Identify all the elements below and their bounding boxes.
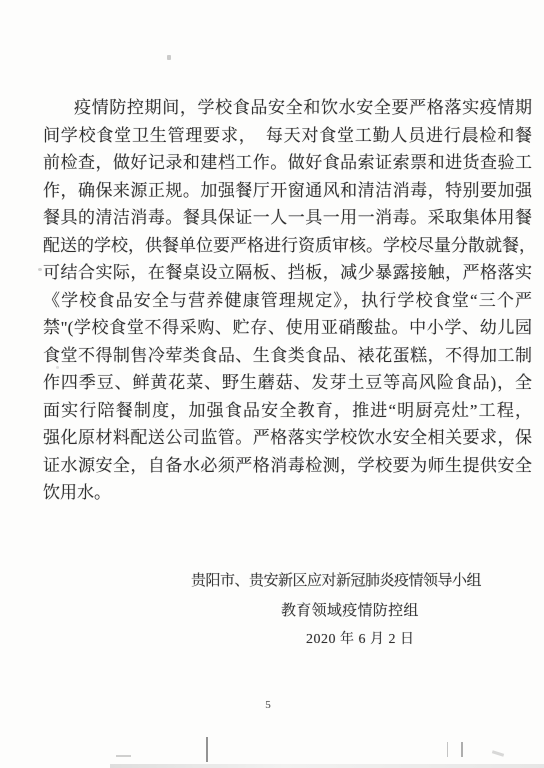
body-text-line: 间学校食堂卫生管理要求， 每天对食堂工勤人员进行晨检和餐 xyxy=(43,122,532,150)
body-text-line: 饮用水。 xyxy=(43,479,532,507)
signature-organization-line1: 贵阳市、贵安新区应对新冠肺炎疫情领导小组 xyxy=(191,569,481,590)
body-text-line: 证水源安全，自备水必须严格消毒检测，学校要为师生提供安全 xyxy=(43,452,532,480)
body-text-line: 前检查，做好记录和建档工作。做好食品索证索票和进货查验工 xyxy=(43,149,532,177)
body-text-line: 面实行陪餐制度，加强食品安全教育，推进“明厨亮灶”工程， xyxy=(43,397,532,425)
body-text-line: 可结合实际，在餐桌设立隔板、挡板，减少暴露接触，严格落实 xyxy=(43,259,532,287)
scan-scratch-line xyxy=(461,742,463,757)
scanned-document-page: 疫情防控期间，学校食品安全和饮水安全要严格落实疫情期间学校食堂卫生管理要求， 每… xyxy=(0,0,544,768)
body-text-line: 疫情防控期间，学校食品安全和饮水安全要严格落实疫情期 xyxy=(43,94,532,122)
signature-organization-line2: 教育领域疫情防控组 xyxy=(281,599,419,620)
body-text-line: 《学校食品安全与营养健康管理规定》，执行学校食堂“三个严 xyxy=(43,287,532,315)
scan-smudge xyxy=(116,755,131,757)
scan-speckle xyxy=(56,366,59,369)
scan-smudge xyxy=(492,750,504,757)
body-text-line: 餐具的清洁消毒。餐具保证一人一具一用一消毒。采取集体用餐 xyxy=(43,204,532,232)
body-paragraph: 疫情防控期间，学校食品安全和饮水安全要严格落实疫情期间学校食堂卫生管理要求， 每… xyxy=(43,94,532,507)
body-text-line: 强化原材料配送公司监管。严格落实学校饮水安全相关要求，保 xyxy=(43,424,532,452)
body-text-line: 食堂不得制售冷荤类食品、生食类食品、裱花蛋糕，不得加工制 xyxy=(43,342,532,370)
scan-speckle xyxy=(38,268,42,271)
scan-scratch-line xyxy=(206,737,208,762)
page-number: 5 xyxy=(258,699,278,711)
body-text-line: 禁"(学校食堂不得采购、贮存、使用亚硝酸盐。中小学、幼儿园 xyxy=(43,314,532,342)
body-text-line: 配送的学校，供餐单位要严格进行资质审核。学校尽量分散就餐， xyxy=(43,232,532,260)
scan-speckle xyxy=(167,55,171,60)
scan-edge-shadow xyxy=(110,764,544,768)
scan-scratch-line xyxy=(447,742,448,757)
body-text-line: 作四季豆、鲜黄花菜、野生蘑菇、发芽土豆等高风险食品)，全 xyxy=(43,369,532,397)
body-text-line: 作，确保来源正规。加强餐厅开窗通风和清洁消毒，特别要加强 xyxy=(43,177,532,205)
signature-date: 2020 年 6 月 2 日 xyxy=(306,628,415,648)
